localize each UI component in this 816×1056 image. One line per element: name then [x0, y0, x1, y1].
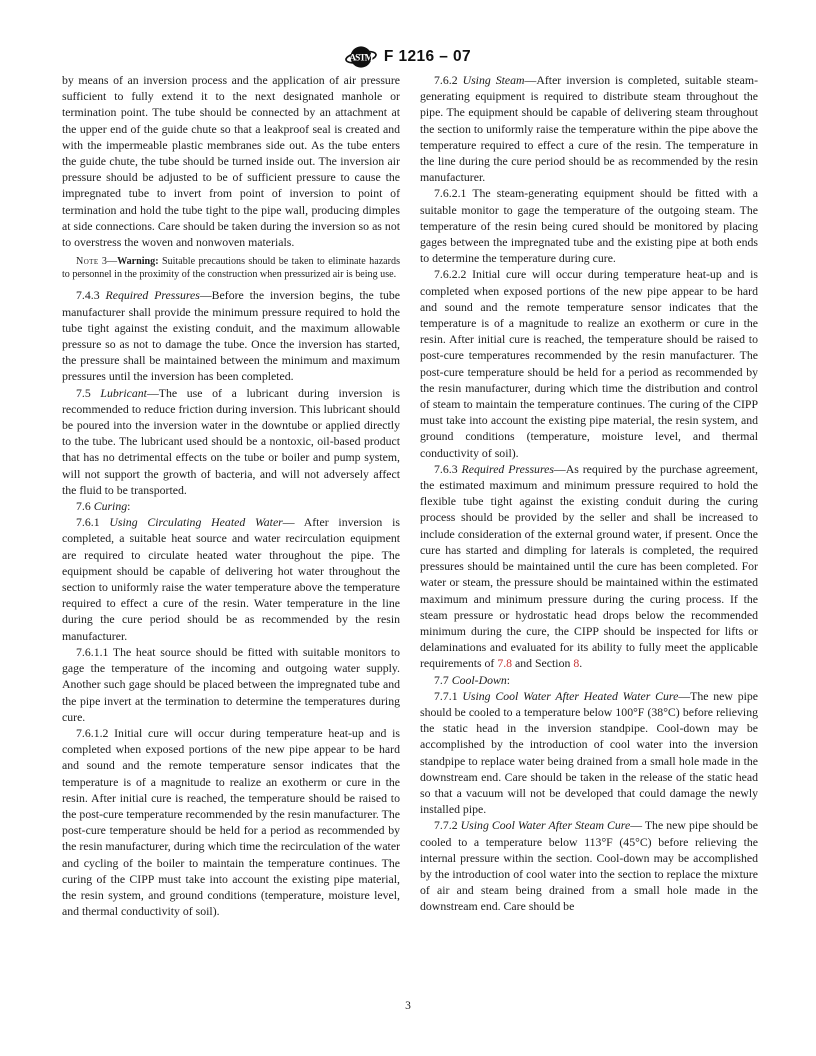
page-footer: 3	[0, 1000, 816, 1012]
document-page: ASTM F 1216 – 07 by means of an inversio…	[0, 0, 816, 1056]
body-paragraph: 7.7.2 Using Cool Water After Steam Cure—…	[420, 817, 758, 914]
body-paragraph: 7.7.1 Using Cool Water After Heated Wate…	[420, 688, 758, 818]
svg-text:ASTM: ASTM	[349, 53, 373, 63]
left-column: by means of an inversion process and the…	[62, 72, 400, 919]
text-segment: 7.4.3	[76, 288, 106, 302]
text-segment: 7.7.2	[434, 818, 461, 832]
body-paragraph: 7.6.1.1 The heat source should be fitted…	[62, 644, 400, 725]
text-segment: Using Cool Water After Steam Cure	[461, 818, 631, 832]
text-segment: —Before the inversion begins, the tube m…	[62, 288, 400, 383]
text-segment: and Section	[512, 656, 573, 670]
text-segment: — The new pipe should be cooled to a tem…	[420, 818, 758, 913]
text-segment: Required Pressures	[462, 462, 554, 476]
text-segment: —After inversion is completed, suitable …	[420, 73, 758, 184]
text-segment: by means of an inversion process and the…	[62, 73, 400, 249]
page-header: ASTM F 1216 – 07	[0, 44, 816, 70]
body-paragraph: 7.5 Lubricant—The use of a lubricant dur…	[62, 385, 400, 498]
text-segment: 3—	[99, 256, 118, 267]
text-segment: Required Pressures	[106, 288, 200, 302]
text-segment: :	[507, 673, 510, 687]
document-code: F 1216 – 07	[384, 48, 471, 66]
text-segment: 7.6.2	[434, 73, 463, 87]
body-paragraph: 7.4.3 Required Pressures—Before the inve…	[62, 287, 400, 384]
text-segment: Lubricant	[100, 386, 147, 400]
body-paragraph: 7.6.2.1 The steam-generating equipment s…	[420, 185, 758, 266]
body-paragraph: 7.6.1.2 Initial cure will occur during t…	[62, 725, 400, 919]
text-segment: —The new pipe should be cooled to a temp…	[420, 689, 758, 816]
text-segment: :	[127, 499, 130, 513]
page-number: 3	[405, 1000, 411, 1012]
body-paragraph: 7.6.3 Required Pressures—As required by …	[420, 461, 758, 672]
note-paragraph: Note 3—Warning: Suitable precautions sho…	[62, 255, 400, 281]
text-segment: Using Cool Water After Heated Water Cure	[462, 689, 678, 703]
text-segment: Using Circulating Heated Water	[109, 515, 282, 529]
text-segment: —The use of a lubricant during inversion…	[62, 386, 400, 497]
text-segment: 7.7.1	[434, 689, 462, 703]
body-paragraph: 7.6.1 Using Circulating Heated Water— Af…	[62, 514, 400, 644]
text-segment: Warning:	[117, 256, 159, 267]
right-column: 7.6.2 Using Steam—After inversion is com…	[420, 72, 758, 919]
text-segment: 7.6.3	[434, 462, 462, 476]
text-segment: 7.6.2.2 Initial cure will occur during t…	[420, 267, 758, 459]
text-segment: Note	[76, 256, 99, 267]
body-paragraph: by means of an inversion process and the…	[62, 72, 400, 250]
body-paragraph: 7.7 Cool-Down:	[420, 672, 758, 688]
text-segment: 7.7	[434, 673, 452, 687]
body-paragraph: 7.6.2 Using Steam—After inversion is com…	[420, 72, 758, 185]
text-segment: 7.6.1.1 The heat source should be fitted…	[62, 645, 400, 724]
text-segment: 7.6.2.1 The steam-generating equipment s…	[420, 186, 758, 265]
text-segment: —As required by the purchase agreement, …	[420, 462, 758, 670]
body-paragraph: 7.6 Curing:	[62, 498, 400, 514]
text-segment: Using Steam	[463, 73, 525, 87]
text-segment: 7.6	[76, 499, 94, 513]
astm-logo-icon: ASTM	[345, 44, 377, 70]
text-segment: 7.5	[76, 386, 100, 400]
text-segment: 7.6.1	[76, 515, 109, 529]
text-segment: Curing	[94, 499, 127, 513]
text-segment: Cool-Down	[452, 673, 507, 687]
text-segment: 7.6.1.2 Initial cure will occur during t…	[62, 726, 400, 918]
text-segment: — After inversion is completed, a suitab…	[62, 515, 400, 642]
two-column-text-area: by means of an inversion process and the…	[62, 72, 758, 919]
text-segment: .	[579, 656, 582, 670]
body-paragraph: 7.6.2.2 Initial cure will occur during t…	[420, 266, 758, 460]
section-reference-link[interactable]: 7.8	[497, 656, 512, 670]
